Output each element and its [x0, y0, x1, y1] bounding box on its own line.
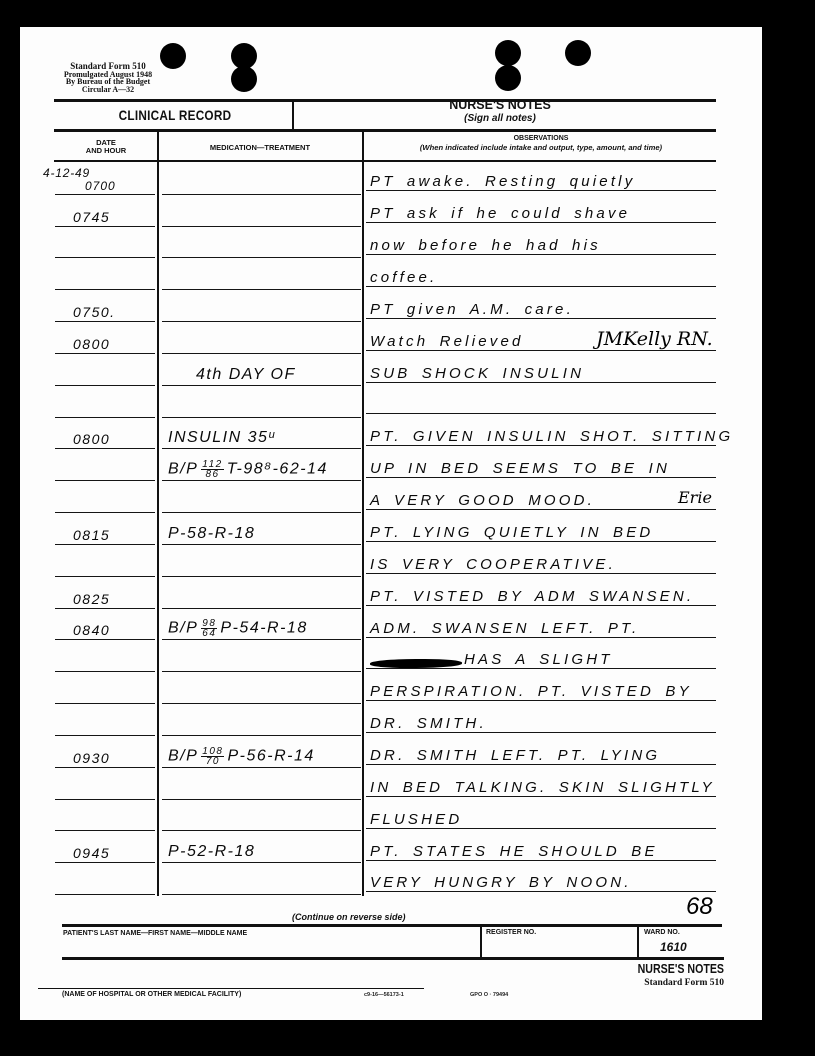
observation-line: IS VERY COOPERATIVE.	[366, 542, 716, 574]
observation-line: IN BED TALKING. SKIN SLIGHTLY	[366, 765, 716, 797]
nurse-signature: Erie	[678, 488, 712, 507]
observation-text: PERSPIRATION. PT. VISTED BY	[370, 683, 692, 700]
column-header-date: DATE AND HOUR	[57, 139, 155, 155]
observation-line: DR. SMITH.	[366, 701, 716, 733]
date-hour-cell	[55, 386, 155, 418]
date-hour-cell	[55, 672, 155, 704]
date-hour-cell	[55, 545, 155, 577]
vital-signs: B/P11286T-98⁸-62-14	[168, 460, 328, 479]
date-hour-cell: 0815	[55, 513, 155, 545]
medication-cell	[162, 322, 361, 354]
entry-time: 0700	[73, 179, 116, 193]
entry-time: 0800	[73, 336, 110, 352]
medication-cell	[162, 290, 361, 322]
date-hour-cell	[55, 640, 155, 672]
medication-cell	[162, 704, 361, 736]
medication-cell: INSULIN 35ᵘ	[162, 418, 361, 450]
observation-text: FLUSHED	[370, 811, 462, 828]
footer-mid-rule	[62, 957, 724, 960]
observation-text: IN BED TALKING. SKIN SLIGHTLY	[370, 779, 715, 796]
medication-cell	[162, 672, 361, 704]
entry-time: 0825	[73, 591, 110, 607]
observation-text: now before he had his	[370, 237, 601, 254]
column-header-observations-note: (When indicated include intake and outpu…	[366, 143, 716, 152]
observation-text: PT awake. Resting quietly	[370, 173, 635, 190]
date-hour-cell: 0825	[55, 577, 155, 609]
observation-text: PT. LYING QUIETLY IN BED	[370, 524, 653, 541]
observation-line: PT. STATES HE SHOULD BE	[366, 829, 716, 861]
observation-line: ADM. SWANSEN LEFT. PT.	[366, 606, 716, 638]
observation-line: FLUSHED	[366, 797, 716, 829]
observation-text: coffee.	[370, 269, 437, 286]
vitals-values: P-54-R-18	[220, 620, 307, 637]
observation-text: PT. VISTED BY ADM SWANSEN.	[370, 588, 694, 605]
footer-form-title: NURSE'S NOTES	[610, 962, 724, 976]
observation-text: DR. SMITH.	[370, 715, 487, 732]
entry-time: 0745	[73, 209, 110, 225]
observation-line: HAS A SLIGHT	[366, 638, 716, 670]
medication-cell	[162, 227, 361, 259]
medication-cell	[162, 163, 361, 195]
date-hour-cell: 0945	[55, 831, 155, 863]
date-hour-cell: 4-12-490700	[55, 163, 155, 195]
page-number: 68	[686, 893, 713, 921]
footer-top-rule	[62, 924, 722, 927]
entry-time: 0930	[73, 750, 110, 766]
date-hour-cell: 0745	[55, 195, 155, 227]
date-hour-cell	[55, 481, 155, 513]
date-hour-cell: 0930	[55, 736, 155, 768]
facility-label: (NAME OF HOSPITAL OR OTHER MEDICAL FACIL…	[62, 991, 241, 998]
medication-cell	[162, 195, 361, 227]
register-number-label: REGISTER NO.	[486, 929, 536, 936]
date-hour-cell	[55, 227, 155, 259]
entry-date: 4-12-49	[43, 166, 90, 180]
date-hour-cell	[55, 704, 155, 736]
continue-note: (Continue on reverse side)	[292, 912, 406, 922]
medication-text: 4th DAY OF	[168, 366, 296, 384]
header-top-rule	[54, 99, 716, 102]
patient-name-label: PATIENT'S LAST NAME—FIRST NAME—MIDDLE NA…	[63, 930, 247, 937]
medication-cell	[162, 577, 361, 609]
medication-cell: B/P11286T-98⁸-62-14	[162, 449, 361, 481]
vitals-values: T-98⁸-62-14	[227, 461, 328, 478]
medication-text: INSULIN 35ᵘ	[168, 429, 276, 447]
ward-number-label: WARD NO.	[644, 929, 680, 936]
date-hour-cell	[55, 354, 155, 386]
page-title: NURSE'S NOTES	[400, 98, 600, 112]
scribbled-out-text	[370, 659, 462, 668]
bp-diastolic: 64	[202, 629, 216, 638]
medication-cell: P-58-R-18	[162, 513, 361, 545]
observation-line: now before he had his	[366, 223, 716, 255]
facility-rule	[38, 988, 424, 989]
form-identification: Standard Form 510 Promulgated August 194…	[54, 63, 162, 93]
print-code: c9-16—56173-1	[364, 992, 404, 998]
bp-label: B/P	[168, 461, 198, 478]
bp-label: B/P	[168, 748, 198, 765]
column-divider-medication-notes	[362, 130, 364, 896]
observation-text: SUB SHOCK INSULIN	[370, 365, 584, 382]
bp-label: B/P	[168, 620, 198, 637]
bp-diastolic: 70	[206, 757, 220, 766]
observation-text: PT ask if he could shave	[370, 205, 630, 222]
observation-line: PT ask if he could shave	[366, 191, 716, 223]
scanned-page: Standard Form 510 Promulgated August 194…	[0, 0, 815, 1056]
medication-cell: P-52-R-18	[162, 831, 361, 863]
observation-text: IS VERY COOPERATIVE.	[370, 556, 616, 573]
medication-text: P-52-R-18	[168, 843, 255, 861]
medication-cell: B/P10870P-56-R-14	[162, 736, 361, 768]
vital-signs: B/P10870P-56-R-14	[168, 747, 315, 766]
date-hour-cell: 0840	[55, 609, 155, 641]
punch-hole	[160, 43, 186, 69]
observation-text: VERY HUNGRY BY NOON.	[370, 874, 632, 891]
observation-text: UP IN BED SEEMS TO BE IN	[370, 460, 670, 477]
medication-cell	[162, 768, 361, 800]
nurse-signature: JMKelly RN.	[596, 328, 713, 350]
vital-signs: B/P9864P-54-R-18	[168, 619, 308, 638]
gpo-code: GPO O · 79494	[470, 992, 508, 998]
observation-line: SUB SHOCK INSULIN	[366, 351, 716, 383]
medication-cell	[162, 258, 361, 290]
date-hour-cell: 0750.	[55, 290, 155, 322]
observation-text: A VERY GOOD MOOD.	[370, 492, 595, 509]
date-hour-cell	[55, 258, 155, 290]
observation-line: PT given A.M. care.	[366, 287, 716, 319]
observation-line: PT. LYING QUIETLY IN BED	[366, 510, 716, 542]
observation-line: PERSPIRATION. PT. VISTED BY	[366, 669, 716, 701]
entry-time: 0800	[73, 431, 110, 447]
date-hour-cell	[55, 863, 155, 895]
blood-pressure-fraction: 9864	[201, 619, 217, 638]
observation-text: HAS A SLIGHT	[464, 651, 613, 668]
observation-text: Watch Relieved	[370, 333, 524, 350]
observation-line	[366, 383, 716, 415]
date-hour-cell	[55, 800, 155, 832]
punch-hole	[565, 40, 591, 66]
medication-cell	[162, 386, 361, 418]
vitals-values: P-56-R-14	[227, 748, 314, 765]
medication-cell	[162, 863, 361, 895]
punch-hole	[495, 40, 521, 66]
ward-number-value: 1610	[660, 940, 687, 954]
observation-line: VERY HUNGRY BY NOON.	[366, 861, 716, 893]
date-hour-cell	[55, 768, 155, 800]
column-header-date-line2: AND HOUR	[57, 147, 155, 155]
punch-hole	[231, 66, 257, 92]
observation-line: coffee.	[366, 255, 716, 287]
observation-line: A VERY GOOD MOOD.Erie	[366, 478, 716, 510]
entry-time: 0945	[73, 845, 110, 861]
medication-cell	[162, 545, 361, 577]
bp-diastolic: 86	[205, 470, 219, 479]
entry-time: 0840	[73, 622, 110, 638]
medication-cell	[162, 640, 361, 672]
medication-cell	[162, 800, 361, 832]
observation-line: PT. VISTED BY ADM SWANSEN.	[366, 574, 716, 606]
observation-line: UP IN BED SEEMS TO BE IN	[366, 446, 716, 478]
column-header-observations: OBSERVATIONS	[366, 135, 716, 142]
observation-line: DR. SMITH LEFT. PT. LYING	[366, 733, 716, 765]
date-hour-cell	[55, 449, 155, 481]
medication-cell: B/P9864P-54-R-18	[162, 609, 361, 641]
observation-line: PT awake. Resting quietly	[366, 160, 716, 192]
date-hour-cell: 0800	[55, 418, 155, 450]
column-divider-date-medication	[157, 130, 159, 896]
footer-divider	[637, 925, 639, 957]
observation-line: Watch RelievedJMKelly RN.	[366, 319, 716, 351]
blood-pressure-fraction: 11286	[201, 460, 223, 479]
column-header-medication: MEDICATION—TREATMENT	[160, 143, 360, 152]
page-subtitle: (Sign all notes)	[400, 113, 600, 124]
date-hour-cell: 0800	[55, 322, 155, 354]
medication-cell	[162, 481, 361, 513]
observation-text: PT given A.M. care.	[370, 301, 574, 318]
header-divider	[292, 100, 294, 130]
circular-label: Circular A—32	[54, 86, 162, 94]
observation-text: ADM. SWANSEN LEFT. PT.	[370, 620, 639, 637]
observation-line: PT. GIVEN INSULIN SHOT. SITTING	[366, 414, 716, 446]
footer-form-number: Standard Form 510	[590, 978, 724, 988]
record-type-label: CLINICAL RECORD	[112, 107, 238, 123]
medication-cell: 4th DAY OF	[162, 354, 361, 386]
observation-text: DR. SMITH LEFT. PT. LYING	[370, 747, 660, 764]
entry-time: 0750.	[73, 304, 116, 320]
medication-text: P-58-R-18	[168, 525, 255, 543]
punch-hole	[495, 65, 521, 91]
observation-text: PT. STATES HE SHOULD BE	[370, 843, 658, 860]
footer-divider	[480, 925, 482, 957]
entry-time: 0815	[73, 527, 110, 543]
blood-pressure-fraction: 10870	[201, 747, 224, 766]
observation-text: PT. GIVEN INSULIN SHOT. SITTING	[370, 428, 733, 445]
header-bottom-rule	[54, 129, 716, 132]
